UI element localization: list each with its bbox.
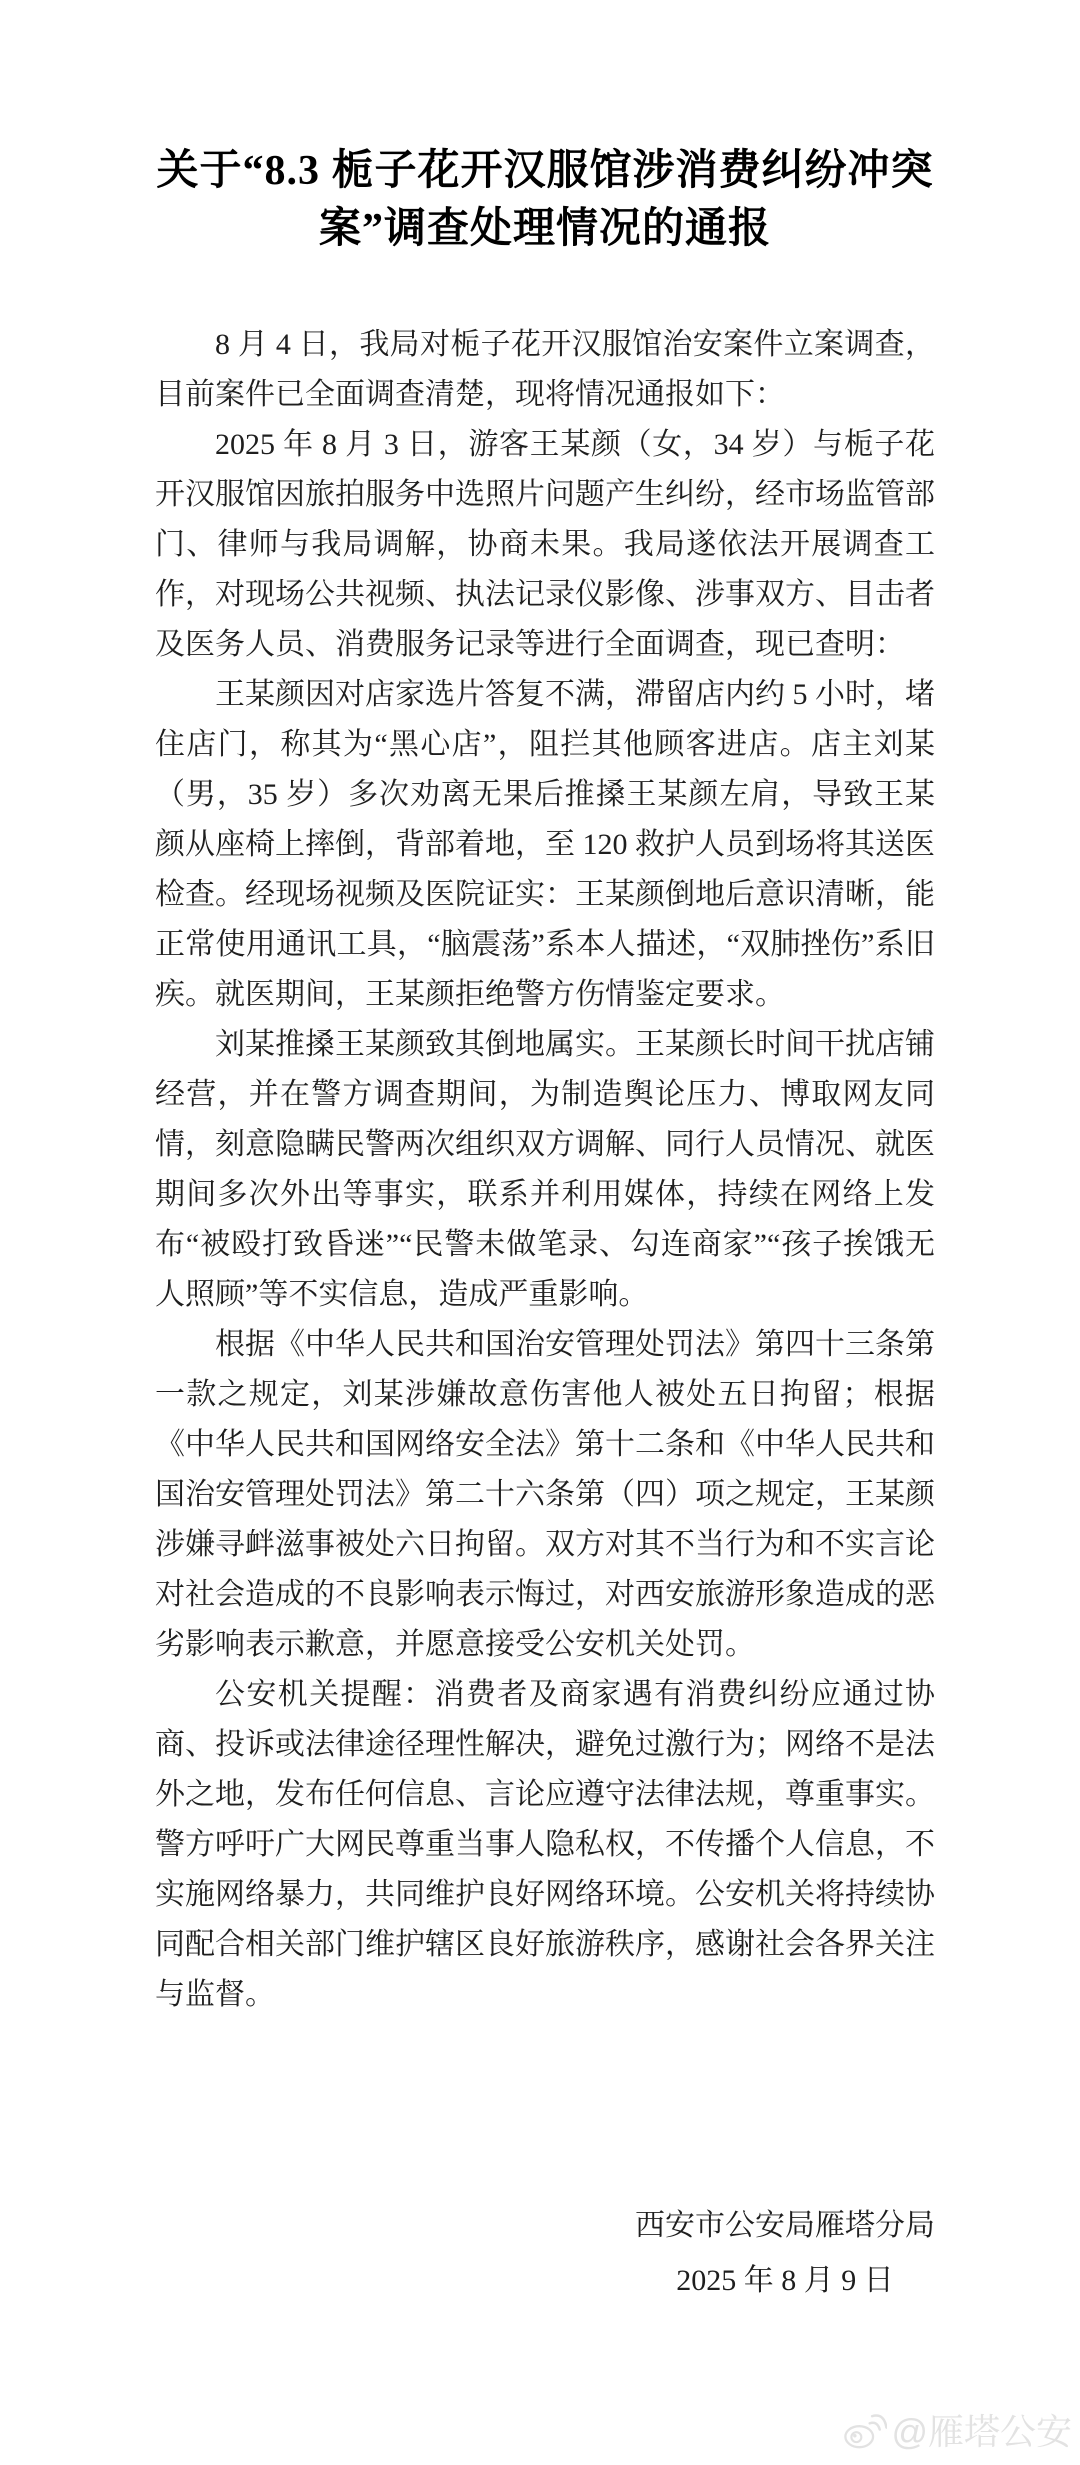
notice-content: 关于“8.3 栀子花开汉服馆涉消费纠纷冲突 案”调查处理情况的通报 8 月 4 … — [0, 0, 1080, 2308]
document-body: 8 月 4 日，我局对栀子花开汉服馆治安案件立案调查，目前案件已全面调查清楚，现… — [155, 320, 935, 2020]
body-paragraph-1: 8 月 4 日，我局对栀子花开汉服馆治安案件立案调查，目前案件已全面调查清楚，现… — [155, 320, 935, 420]
watermark-handle: @雁塔公安 — [891, 2404, 1072, 2455]
notice-page: 关于“8.3 栀子花开汉服馆涉消费纠纷冲突 案”调查处理情况的通报 8 月 4 … — [0, 0, 1080, 2465]
document-title: 关于“8.3 栀子花开汉服馆涉消费纠纷冲突 案”调查处理情况的通报 — [155, 142, 935, 258]
body-paragraph-6: 公安机关提醒：消费者及商家遇有消费纠纷应通过协商、投诉或法律途径理性解决，避免过… — [155, 1670, 935, 2020]
signature-block: 西安市公安局雁塔分局 2025 年 8 月 9 日 — [155, 2198, 935, 2308]
signature-inner: 西安市公安局雁塔分局 2025 年 8 月 9 日 — [635, 2198, 935, 2308]
weibo-icon — [841, 2409, 887, 2451]
body-paragraph-2: 2025 年 8 月 3 日，游客王某颜（女，34 岁）与栀子花开汉服馆因旅拍服… — [155, 420, 935, 670]
document-title-line-2: 案”调查处理情况的通报 — [155, 200, 935, 258]
body-paragraph-3: 王某颜因对店家选片答复不满，滞留店内约 5 小时，堵住店门，称其为“黑心店”，阻… — [155, 670, 935, 1020]
issue-date: 2025 年 8 月 9 日 — [635, 2253, 935, 2308]
body-paragraph-5: 根据《中华人民共和国治安管理处罚法》第四十三条第一款之规定，刘某涉嫌故意伤害他人… — [155, 1320, 935, 1670]
watermark: @雁塔公安 — [841, 2404, 1072, 2455]
issuer-signature: 西安市公安局雁塔分局 — [635, 2198, 935, 2253]
document-title-line-1: 关于“8.3 栀子花开汉服馆涉消费纠纷冲突 — [155, 142, 935, 200]
body-paragraph-4: 刘某推搡王某颜致其倒地属实。王某颜长时间干扰店铺经营，并在警方调查期间，为制造舆… — [155, 1020, 935, 1320]
